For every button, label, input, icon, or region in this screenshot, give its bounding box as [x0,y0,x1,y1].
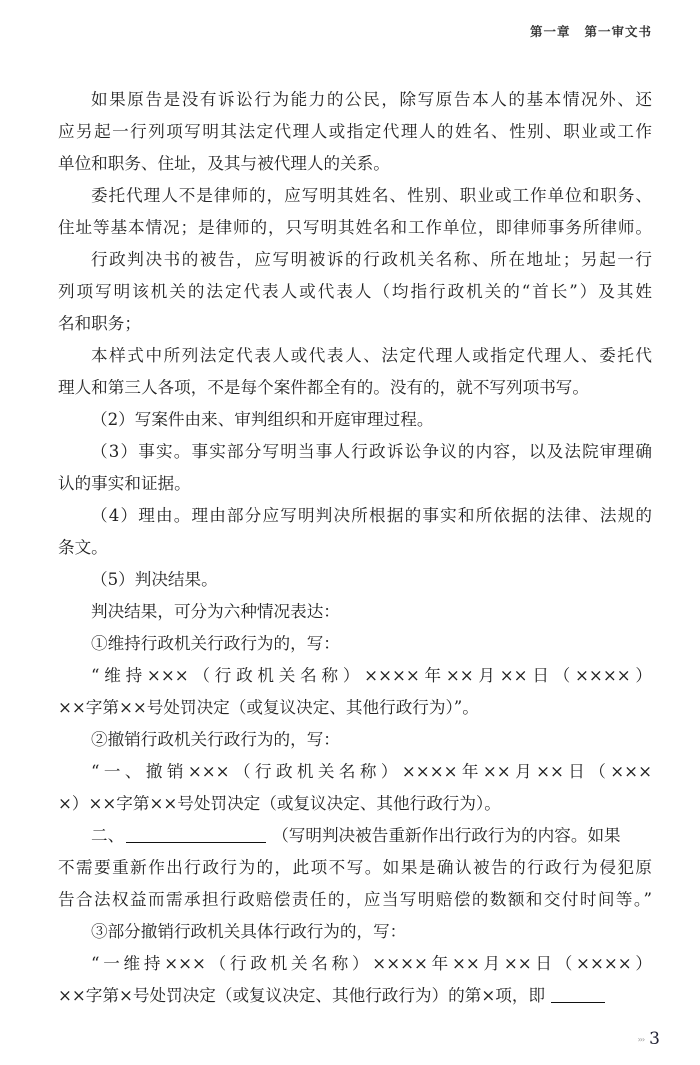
text-line: 行政判决书的被告，应写明被诉的行政机关名称、所在地址；另起一行 [58,244,652,276]
text-line: “一维持×××（行政机关名称）××××年××月××日（××××） [58,948,652,980]
text-line-with-blank: 二、（写明判决被告重新作出行政行为的内容。如果 [58,820,652,852]
text-line: 住址等基本情况；是律师的，只写明其姓名和工作单位，即律师事务所律师。 [58,212,652,244]
text-line: （4）理由。理由部分应写明判决所根据的事实和所依据的法律、法规的 [58,500,652,532]
text-line-with-blank: ××字第×号处罚决定（或复议决定、其他行政行为）的第×项，即 [58,980,652,1012]
text-line: （3）事实。事实部分写明当事人行政诉讼争议的内容，以及法院审理确 [58,436,652,468]
text-line: 委托代理人不是律师的，应写明其姓名、性别、职业或工作单位和职务、 [58,180,652,212]
text-line: 应另起一行列项写明其法定代理人或指定代理人的姓名、性别、职业或工作 [58,116,652,148]
text-line: （2）写案件由来、审判组织和开庭审理过程。 [58,404,652,436]
text-line: 本样式中所列法定代表人或代表人、法定代理人或指定代理人、委托代 [58,340,652,372]
text-line: ②撤销行政机关行政行为的，写： [58,724,652,756]
text-line: 判决结果，可分为六种情况表达： [58,596,652,628]
text-line: ××字第××号处罚决定（或复议决定、其他行政行为）”。 [58,692,652,724]
text-line: ①维持行政机关行政行为的，写： [58,628,652,660]
fill-in-blank [551,982,605,1003]
text-line: 不需要重新作出行政行为的，此项不写。如果是确认被告的行政行为侵犯原 [58,852,652,884]
text-line: （5）判决结果。 [58,564,652,596]
text-line: 理人和第三人各项，不是每个案件都全有的。没有的，就不写列项书写。 [58,372,652,404]
item-prefix: 二、 [91,826,124,845]
text-line: ×）××字第××号处罚决定（或复议决定、其他行政行为）。 [58,788,652,820]
text-line: “一、撤销×××（行政机关名称）××××年××月××日（××× [58,756,652,788]
fill-in-blank [126,822,266,843]
text-line: 列项写明该机关的法定代表人或代表人（均指行政机关的“首长”）及其姓 [58,276,652,308]
section-label: 第一审文书 [584,24,652,39]
chapter-label: 第一章 [530,24,571,39]
page-footer: ›››3 [638,1029,660,1049]
text-line: 名和职务； [58,308,652,340]
text-line: 告合法权益而需承担行政赔偿责任的，应当写明赔偿的数额和交付时间等。” [58,884,652,916]
text-line: 单位和职务、住址，及其与被代理人的关系。 [58,148,652,180]
item-text: ××字第×号处罚决定（或复议决定、其他行政行为）的第×项，即 [58,986,545,1005]
page-body: 如果原告是没有诉讼行为能力的公民，除写原告本人的基本情况外、还 应另起一行列项写… [58,84,652,1012]
text-line: ③部分撤销行政机关具体行政行为的，写： [58,916,652,948]
arrows-icon: ››› [638,1035,645,1044]
running-header: 第一章第一审文书 [530,22,652,40]
page-number: 3 [649,1029,660,1049]
text-line: 认的事实和证据。 [58,468,652,500]
text-line: 如果原告是没有诉讼行为能力的公民，除写原告本人的基本情况外、还 [58,84,652,116]
item-suffix: （写明判决被告重新作出行政行为的内容。如果 [272,826,620,845]
text-line: 条文。 [58,532,652,564]
text-line: “维持×××（行政机关名称）××××年××月××日（××××） [58,660,652,692]
